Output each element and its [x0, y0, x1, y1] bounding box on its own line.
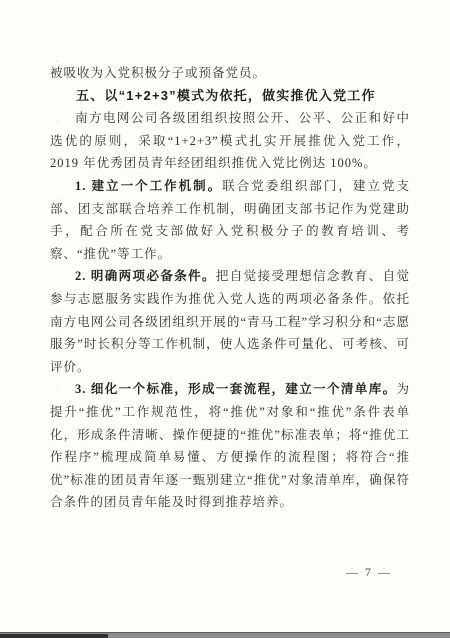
section-heading: 五、以“1+2+3”模式为依托，做实推优入党工作 [50, 85, 410, 108]
numbered-item-3: 3. 细化一个标准，形成一套流程，建立一个清单库。为提升“推优”工作规范性，将“… [50, 378, 410, 514]
numbered-item-1-lead: 1. 建立一个工作机制。 [75, 179, 222, 193]
page-number: — 7 — [346, 565, 392, 580]
numbered-item-3-body: 为提升“推优”工作规范性，将“推优”对象和“推优”条件表单化，形成条件清晰、操作… [50, 382, 410, 509]
numbered-item-2-lead: 2. 明确两项必备条件。 [75, 269, 216, 283]
continuation-paragraph: 被吸收为入党积极分子或预备党员。 [50, 62, 410, 85]
intro-paragraph: 南方电网公司各级团组织按照公开、公平、公正和好中选优的原则，采取“1+2+3”模… [50, 107, 410, 175]
document-body: 被吸收为入党积极分子或预备党员。 五、以“1+2+3”模式为依托，做实推优入党工… [50, 62, 410, 514]
scan-artifacts [56, 60, 58, 62]
scan-edge-dark-segment [0, 634, 108, 638]
document-page: 被吸收为入党积极分子或预备党员。 五、以“1+2+3”模式为依托，做实推优入党工… [0, 0, 450, 638]
numbered-item-2: 2. 明确两项必备条件。把自觉接受理想信念教育、自觉参与志愿服务实践作为推优入党… [50, 265, 410, 378]
scan-edge-bar [0, 632, 450, 638]
numbered-item-3-lead: 3. 细化一个标准，形成一套流程，建立一个清单库。 [75, 382, 396, 396]
numbered-item-2-body: 把自觉接受理想信念教育、自觉参与志愿服务实践作为推优入党人选的两项必备条件。依托… [50, 269, 410, 373]
numbered-item-1: 1. 建立一个工作机制。联合党委组织部门，建立党支部、团支部联合培养工作机制，明… [50, 175, 410, 265]
